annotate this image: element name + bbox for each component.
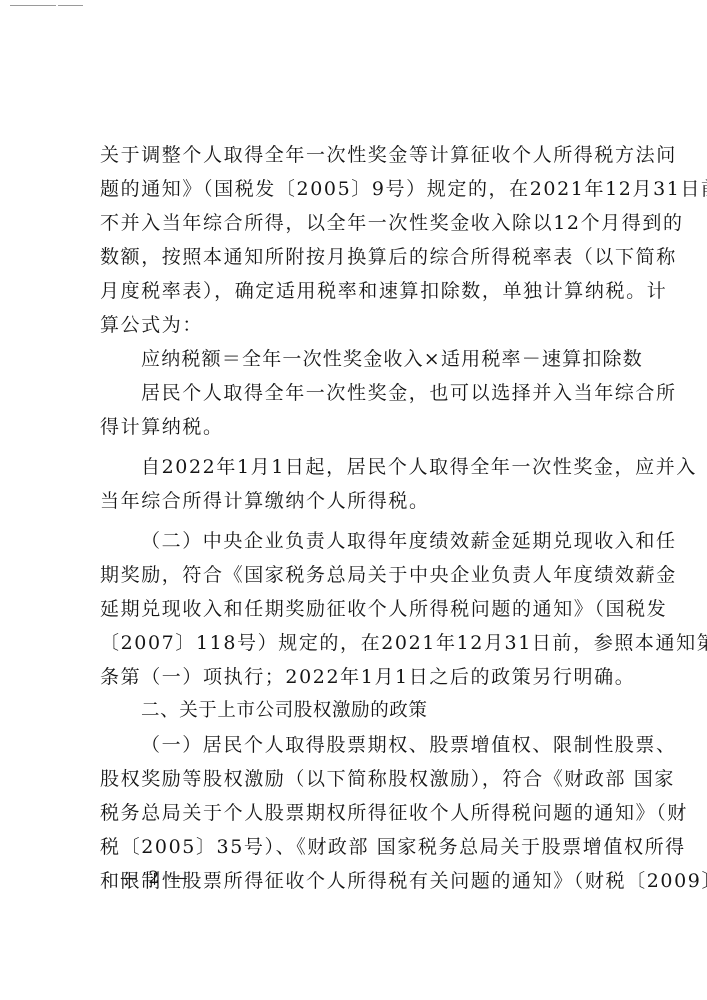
text-line: 关于调整个人取得全年一次性奖金等计算征收个人所得税方法问 bbox=[100, 143, 605, 177]
scan-artifact-line bbox=[10, 5, 83, 6]
paragraph-2022-rule: 自2022年1月1日起，居民个人取得全年一次性奖金，应并入 当年综合所得计算缴纳… bbox=[100, 455, 605, 523]
text-line: 不并入当年综合所得，以全年一次性奖金收入除以12个月得到的 bbox=[100, 211, 605, 245]
tax-formula: 应纳税额＝全年一次性奖金收入×适用税率－速算扣除数 bbox=[100, 347, 605, 381]
text-line: 算公式为： bbox=[100, 313, 605, 347]
text-line: 题的通知》（国税发〔2005〕9号）规定的，在2021年12月31日前， bbox=[100, 177, 605, 211]
text-line: 月度税率表），确定适用税率和速算扣除数，单独计算纳税。计 bbox=[100, 279, 605, 313]
text-line: 股权奖励等股权激励（以下简称股权激励），符合《财政部 国家 bbox=[100, 767, 605, 801]
text-line: 税务总局关于个人股票期权所得征收个人所得税问题的通知》（财 bbox=[100, 801, 605, 835]
formula-line: 应纳税额＝全年一次性奖金收入×适用税率－速算扣除数 bbox=[100, 347, 605, 381]
paragraph-merge-option: 居民个人取得全年一次性奖金，也可以选择并入当年综合所 得计算纳税。 bbox=[100, 381, 605, 449]
text-line: 自2022年1月1日起，居民个人取得全年一次性奖金，应并入 bbox=[100, 455, 605, 489]
text-line: 居民个人取得全年一次性奖金，也可以选择并入当年综合所 bbox=[100, 381, 605, 415]
text-line: 税〔2005〕35号）、《财政部 国家税务总局关于股票增值权所得 bbox=[100, 835, 605, 869]
paragraph-central-enterprise: （二）中央企业负责人取得年度绩效薪金延期兑现收入和任 期奖励，符合《国家税务总局… bbox=[100, 529, 605, 699]
document-page-body: 关于调整个人取得全年一次性奖金等计算征收个人所得税方法问 题的通知》（国税发〔2… bbox=[100, 143, 605, 903]
text-line: 数额，按照本通知所附按月换算后的综合所得税率表（以下简称 bbox=[100, 245, 605, 279]
text-line: 延期兑现收入和任期奖励征收个人所得税问题的通知》（国税发 bbox=[100, 597, 605, 631]
paragraph-continued: 关于调整个人取得全年一次性奖金等计算征收个人所得税方法问 题的通知》（国税发〔2… bbox=[100, 143, 605, 347]
text-line: （一）居民个人取得股票期权、股票增值权、限制性股票、 bbox=[100, 733, 605, 767]
page-number: — 2 — bbox=[120, 868, 191, 888]
text-line: 期奖励，符合《国家税务总局关于中央企业负责人年度绩效薪金 bbox=[100, 563, 605, 597]
text-line: 〔2007〕118号）规定的，在2021年12月31日前，参照本通知第一 bbox=[100, 631, 605, 665]
text-line: 得计算纳税。 bbox=[100, 415, 605, 449]
text-line: （二）中央企业负责人取得年度绩效薪金延期兑现收入和任 bbox=[100, 529, 605, 563]
section-heading-equity-incentive: 二、关于上市公司股权激励的政策 bbox=[100, 699, 605, 733]
text-line: 条第（一）项执行；2022年1月1日之后的政策另行明确。 bbox=[100, 665, 605, 699]
section-heading: 二、关于上市公司股权激励的政策 bbox=[100, 699, 605, 733]
text-line: 当年综合所得计算缴纳个人所得税。 bbox=[100, 489, 605, 523]
